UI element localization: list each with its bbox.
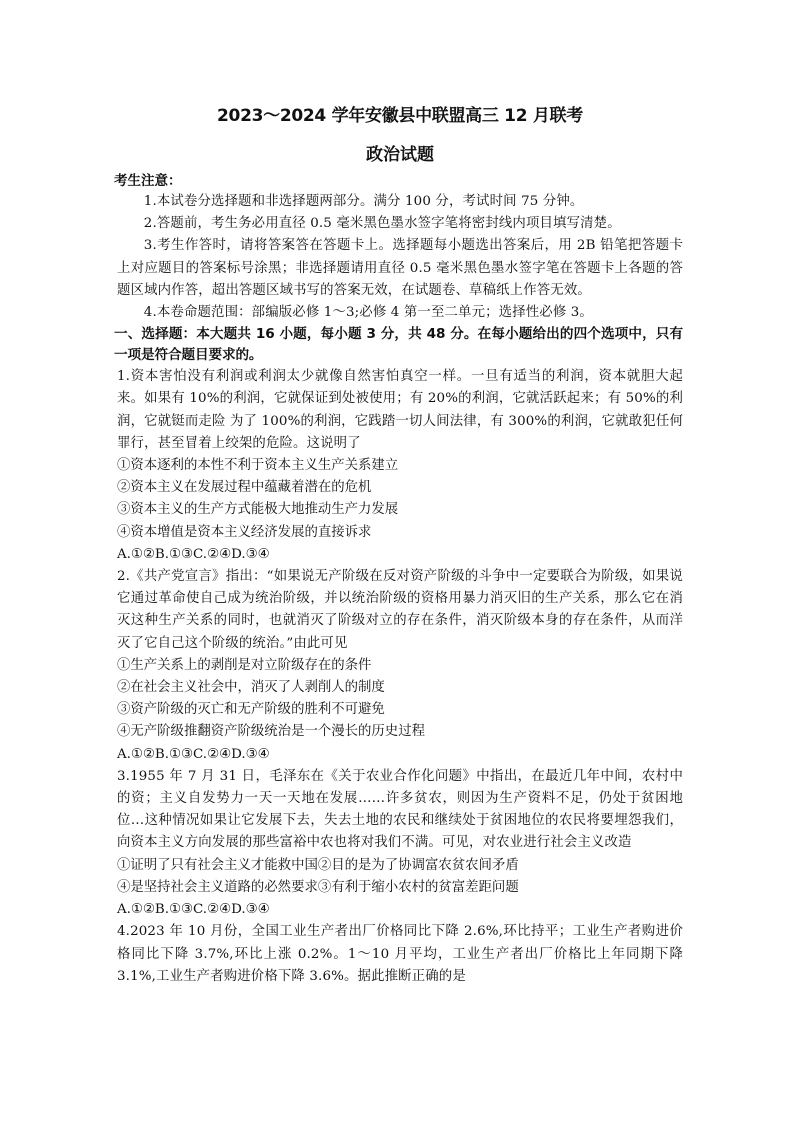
answer-choices: A.①②B.①③C.②④D.③④ bbox=[117, 744, 683, 766]
answer-choices: A.①②B.①③C.②④D.③④ bbox=[117, 899, 683, 921]
question-1: 1.资本害怕没有利润或利润太少就像自然害怕真空一样。一旦有适当的利润，资本就胆大… bbox=[117, 366, 683, 566]
exam-subject-title: 政治试题 bbox=[117, 143, 683, 167]
question-2: 2.《共产党宣言》指出：“如果说无产阶级在反对资产阶级的斗争中一定要联合为阶级，… bbox=[117, 566, 683, 766]
notice-block: 考生注意： 1.本试卷分选择题和非选择题两部分。满分 100 分，考试时间 75… bbox=[117, 171, 683, 324]
question-stem: 3.1955 年 7 月 31 日，毛泽东在《关于农业合作化问题》中指出，在最近… bbox=[117, 766, 683, 855]
exam-title: 2023～2024 学年安徽县中联盟高三 12 月联考 bbox=[117, 104, 683, 128]
question-4: 4.2023 年 10 月份，全国工业生产者出厂价格同比下降 2.6%,环比持平… bbox=[117, 921, 683, 988]
question-option: ①证明了只有社会主义才能救中国②目的是为了协调富农贫农间矛盾 bbox=[117, 855, 683, 877]
notice-item-1: 1.本试卷分选择题和非选择题两部分。满分 100 分，考试时间 75 分钟。 bbox=[117, 191, 683, 213]
section-one-heading: 一、选择题：本大题共 16 小题，每小题 3 分，共 48 分。在每小题给出的四… bbox=[114, 324, 683, 366]
question-option: ②在社会主义社会中，消灭了人剥削人的制度 bbox=[117, 677, 683, 699]
question-option: ④是坚持社会主义道路的必然要求③有利于缩小农村的贫富差距问题 bbox=[117, 877, 683, 899]
notice-item-2: 2.答题前，考生务必用直径 0.5 毫米黑色墨水签字笔将密封线内项目填写清楚。 bbox=[117, 213, 683, 235]
question-stem: 2.《共产党宣言》指出：“如果说无产阶级在反对资产阶级的斗争中一定要联合为阶级，… bbox=[117, 566, 683, 655]
notice-item-4: 4.本卷命题范围：部编版必修 1～3;必修 4 第一至二单元；选择性必修 3。 bbox=[117, 302, 683, 324]
question-option: ③资本主义的生产方式能极大地推动生产力发展 bbox=[117, 499, 683, 521]
question-option: ④资本增值是资本主义经济发展的直接诉求 bbox=[117, 522, 683, 544]
question-option: ①生产关系上的剥削是对立阶级存在的条件 bbox=[117, 655, 683, 677]
question-option: ②资本主义在发展过程中蕴藏着潜在的危机 bbox=[117, 477, 683, 499]
question-stem: 4.2023 年 10 月份，全国工业生产者出厂价格同比下降 2.6%,环比持平… bbox=[117, 921, 683, 988]
question-option: ①资本逐利的本性不利于资本主义生产关系建立 bbox=[117, 455, 683, 477]
question-3: 3.1955 年 7 月 31 日，毛泽东在《关于农业合作化问题》中指出，在最近… bbox=[117, 766, 683, 921]
question-option: ④无产阶级推翻资产阶级统治是一个漫长的历史过程 bbox=[117, 721, 683, 743]
question-stem: 1.资本害怕没有利润或利润太少就像自然害怕真空一样。一旦有适当的利润，资本就胆大… bbox=[117, 366, 683, 455]
notice-item-3: 3.考生作答时，请将答案答在答题卡上。选择题每小题选出答案后，用 2B 铅笔把答… bbox=[117, 235, 683, 302]
notice-heading: 考生注意： bbox=[114, 171, 683, 191]
question-option: ③资产阶级的灭亡和无产阶级的胜利不可避免 bbox=[117, 699, 683, 721]
answer-choices: A.①②B.①③C.②④D.③④ bbox=[117, 544, 683, 566]
exam-page: 2023～2024 学年安徽县中联盟高三 12 月联考 政治试题 考生注意： 1… bbox=[117, 104, 683, 988]
